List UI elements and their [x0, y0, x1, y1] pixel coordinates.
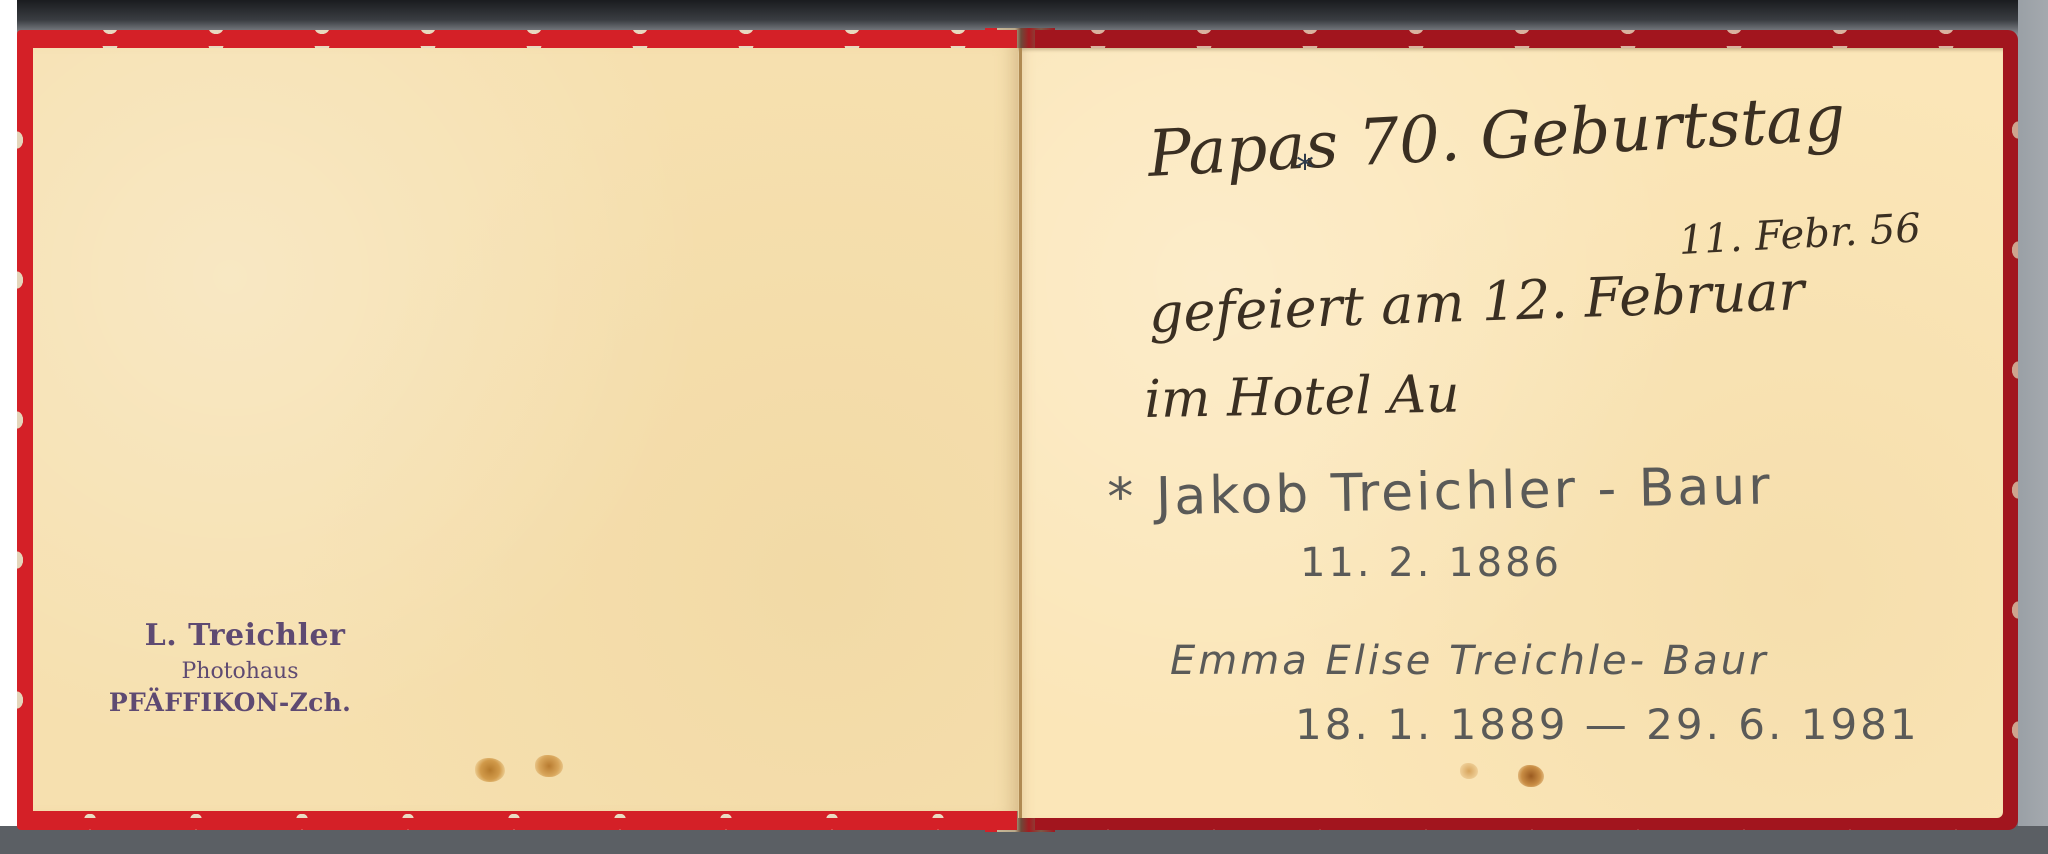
stain	[1518, 765, 1544, 787]
stain	[535, 755, 563, 777]
inscription-location: im Hotel Au	[1144, 365, 1460, 430]
inscription-mother-dates: 18. 1. 1889 — 29. 6. 1981	[1295, 700, 1920, 749]
scanner-margin-right	[2018, 0, 2048, 854]
asterisk-mark: *	[1296, 148, 1314, 189]
photographer-stamp: L. Treichler Photohaus PFÄFFIKON-Zch.	[100, 618, 360, 717]
stamp-subtitle: Photohaus	[120, 659, 360, 684]
page-gutter	[1019, 48, 1022, 818]
cover-pattern-bottom	[17, 814, 1017, 830]
inscription-mother-name: Emma Elise Treichle- Baur	[1170, 638, 1769, 684]
cover-pattern-side	[17, 30, 33, 830]
cover-pattern-top	[1035, 30, 2018, 48]
stain	[1460, 763, 1478, 779]
scanner-margin-left	[0, 0, 17, 854]
inscription-father-dates: 11. 2. 1886	[1300, 540, 1562, 586]
cover-pattern-side	[2002, 30, 2018, 830]
inscription-father-name: * Jakob Treichler - Baur	[1107, 456, 1773, 528]
cover-pattern-top	[17, 30, 1017, 48]
stamp-name: L. Treichler	[130, 618, 360, 653]
stamp-place: PFÄFFIKON-Zch.	[100, 688, 360, 717]
stain	[475, 758, 505, 782]
